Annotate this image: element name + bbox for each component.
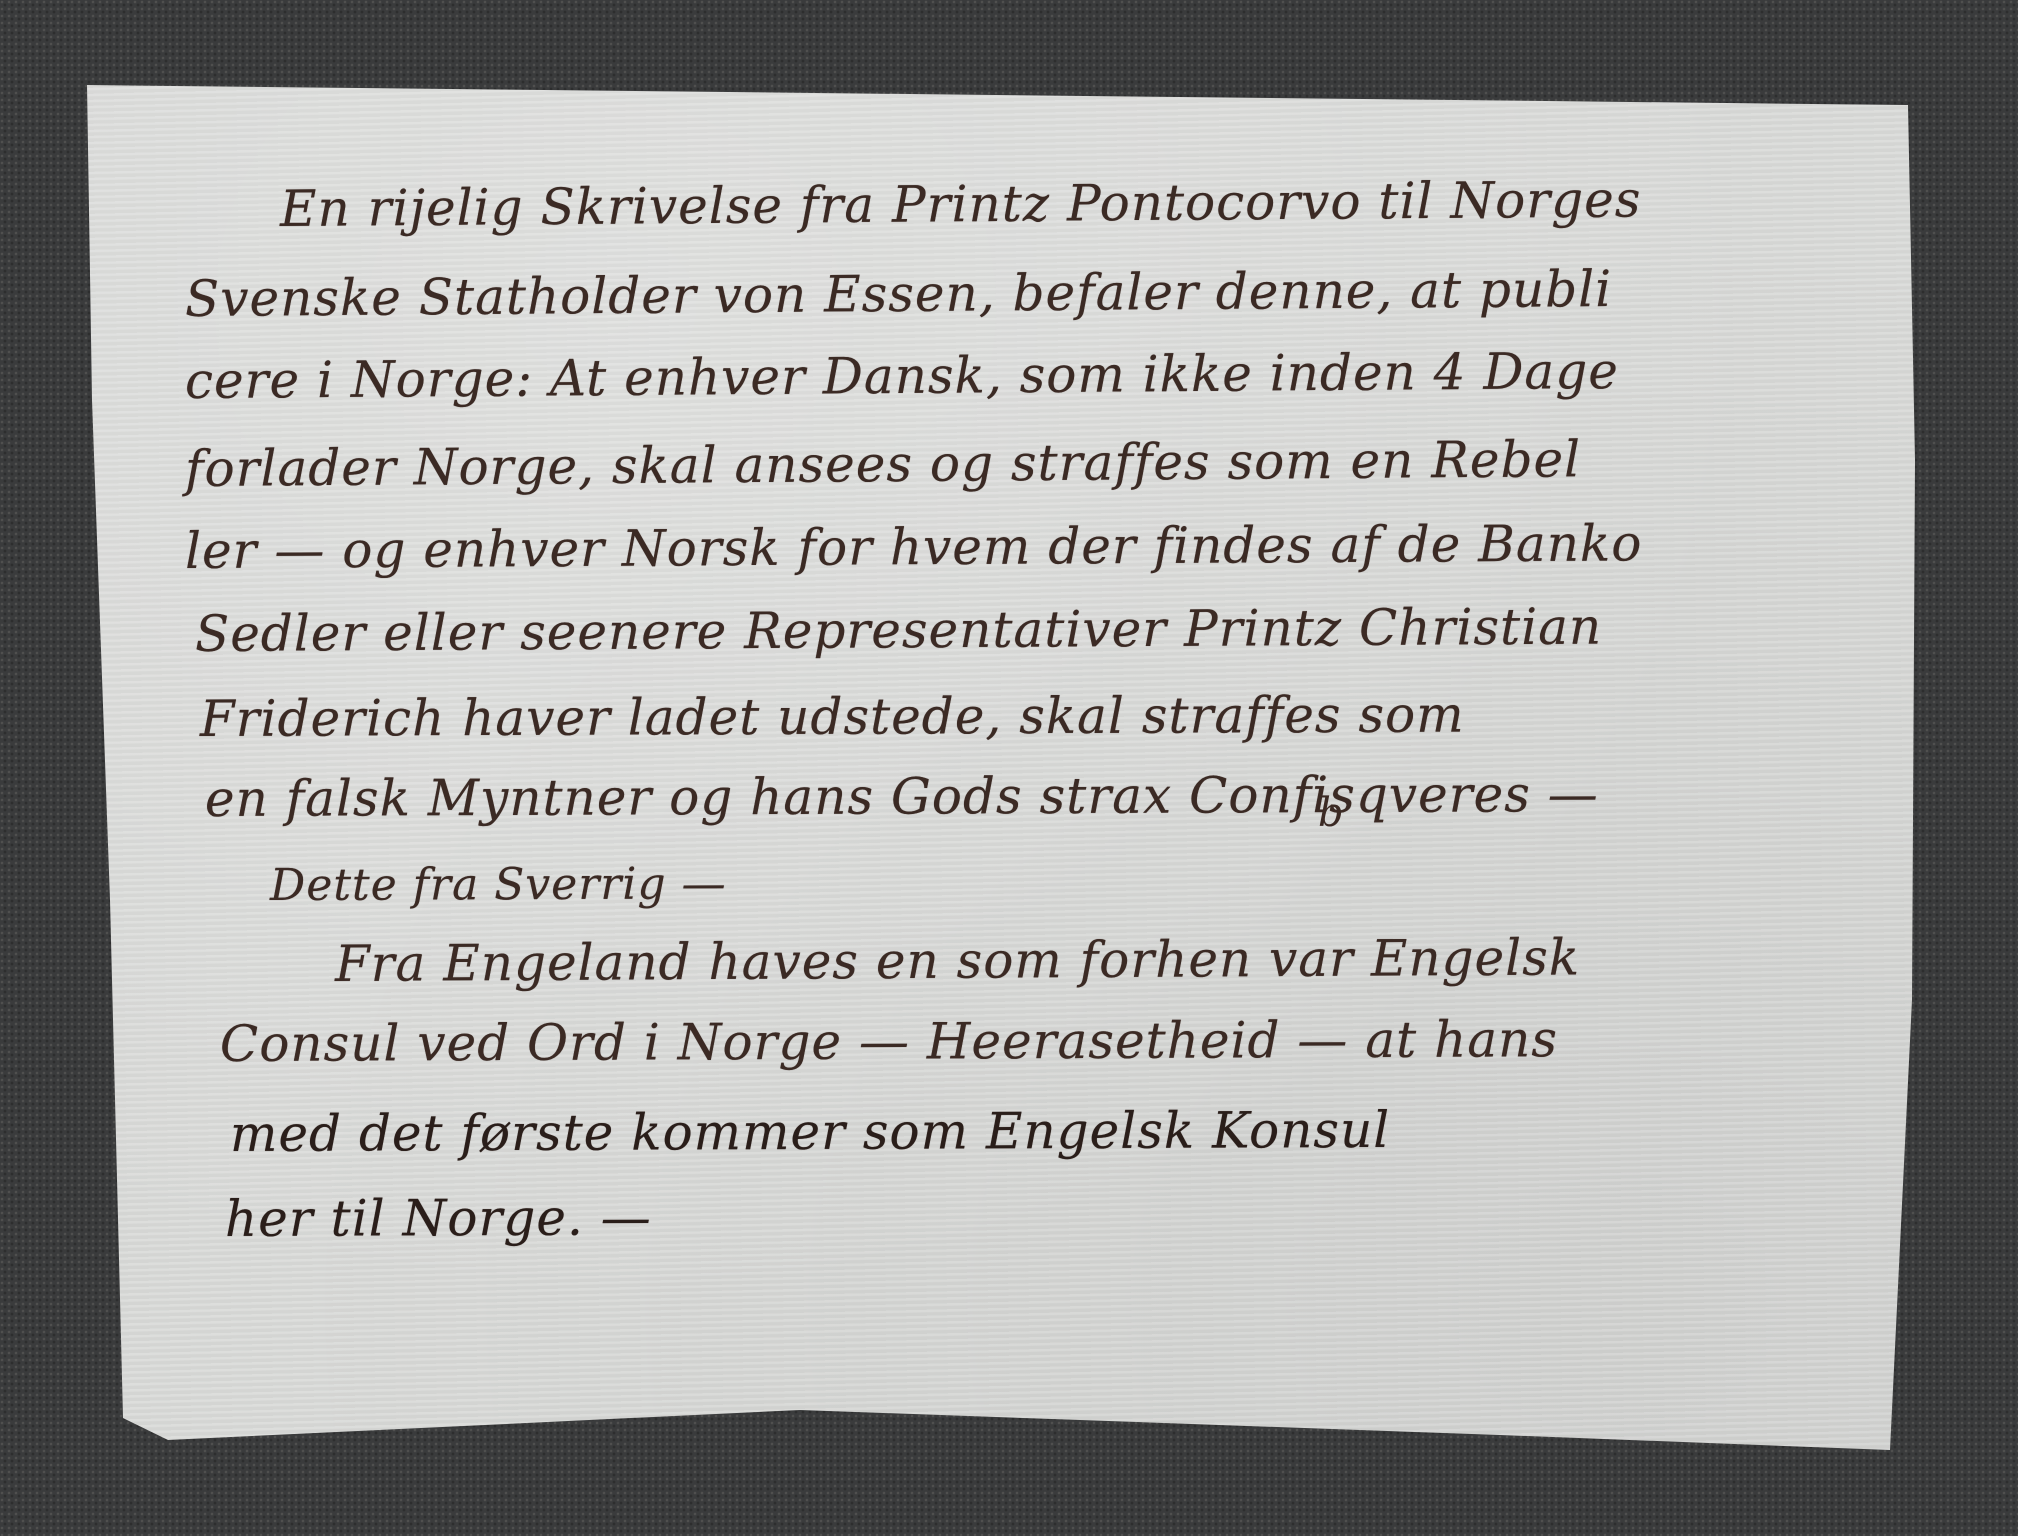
manuscript-text: En rijelig Skrivelse fra Printz Pontocor… [0,0,2018,1536]
marginal-mark: b [1318,790,1344,836]
manuscript-line-4: forlader Norge, skal ansees og straffes … [185,430,1581,498]
manuscript-line-11: Consul ved Ord i Norge — Heerasetheid — … [220,1010,1558,1073]
manuscript-line-1: En rijelig Skrivelse fra Printz Pontocor… [280,170,1642,238]
manuscript-line-9: Dette fra Sverrig — [270,858,727,911]
manuscript-line-3: cere i Norge: At enhver Dansk, som ikke … [185,342,1619,410]
manuscript-line-2: Svenske Statholder von Essen, befaler de… [185,260,1613,328]
manuscript-line-7: Friderich haver ladet udstede, skal stra… [200,686,1465,748]
manuscript-line-10: Fra Engeland haves en som forhen var Eng… [335,928,1580,993]
manuscript-line-5: ler — og enhver Norsk for hvem der finde… [185,514,1643,580]
manuscript-line-8: en falsk Myntner og hans Gods strax Conf… [205,765,1599,828]
manuscript-line-6: Sedler eller seenere Representativer Pri… [195,598,1602,663]
manuscript-line-12: med det første kommer som Engelsk Konsul [230,1101,1390,1163]
manuscript-line-13: her til Norge. — [225,1189,652,1248]
